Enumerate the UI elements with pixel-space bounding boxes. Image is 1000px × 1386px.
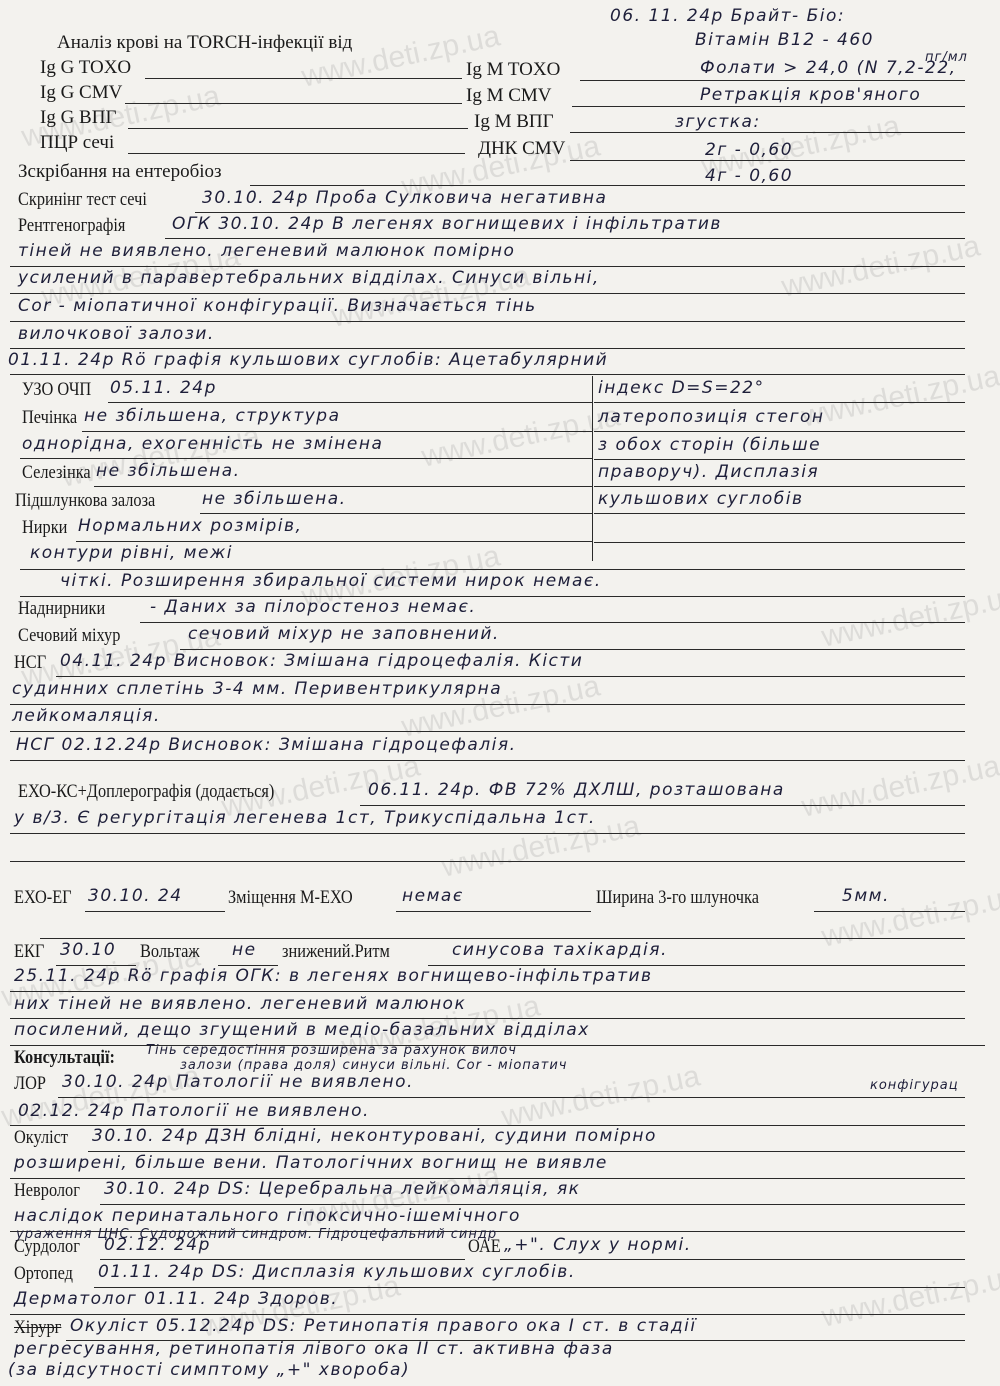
xray2-line: Тінь середостіння розширена за рахунок в…: [146, 1044, 517, 1057]
echo-cs-line: у в/3. Є регургітація легенева 1ст, Трик…: [14, 810, 596, 827]
xray-field[interactable]: [165, 238, 965, 239]
nsg-line: 04.11. 24р Висновок: Змішана гідроцефалі…: [60, 653, 583, 670]
nsg-line: судинних сплетінь 3-4 мм. Перивентрикуля…: [12, 681, 502, 698]
adrenals-value: - Даних за пілоростеноз немає.: [150, 599, 476, 616]
xray2-line: них тіней не виявлено. легеневий малюнок: [14, 996, 466, 1013]
echo-eg-date-field[interactable]: [85, 911, 225, 912]
kidneys-label: Нирки: [22, 518, 67, 537]
oae-field[interactable]: [500, 1259, 965, 1260]
lab-note: 2г - 0,60: [705, 142, 793, 159]
ultrasound-date-field[interactable]: [108, 402, 592, 403]
echo-shift-label: Зміщення М-ЕХО: [228, 888, 353, 907]
hip-detail-rule: [594, 431, 965, 432]
oculist-value: 30.10. 24р ДЗН блідні, неконтуровані, су…: [92, 1128, 657, 1145]
igg-vpg-label: Ig G ВПГ: [40, 108, 116, 127]
watermark: www.deti.zp.ua: [819, 579, 1000, 654]
liver-label: Печінка: [22, 408, 77, 427]
echo-eg-date: 30.10. 24: [88, 888, 183, 905]
xray2-line: залози (права доля) синуси вільні. Cor -…: [180, 1059, 567, 1072]
dermatologist-field[interactable]: [10, 1314, 965, 1315]
torch-title: Аналіз крові на TORCH-інфекції від: [57, 33, 352, 52]
nsg-field[interactable]: [10, 731, 965, 732]
igm-toxo-field[interactable]: [580, 80, 965, 81]
nsg-line: НСГ 02.12.24р Висновок: Змішана гідроцеф…: [16, 737, 516, 754]
kidneys-value: контури рівні, межі: [30, 545, 233, 562]
voltage-value: не: [232, 942, 257, 959]
oculist-label: Окуліст: [14, 1128, 68, 1147]
lab-note: згустка:: [675, 114, 761, 131]
nsg-field[interactable]: [56, 676, 965, 677]
echo-cs-label: ЕХО-КС+Доплерографія (додається): [18, 782, 274, 801]
pancreas-value: не збільшена.: [202, 491, 347, 508]
nsg-line: лейкомаляція.: [12, 708, 161, 725]
xray-field[interactable]: [10, 266, 965, 267]
xray-line: Cor - міопатичної конфігурації. Визначає…: [18, 298, 537, 315]
xray-field[interactable]: [10, 293, 965, 294]
rhythm-value: синусова тахікардія.: [452, 942, 668, 959]
neuro-label: Невролог: [14, 1181, 80, 1200]
igm-cmv-label: Ig M CMV: [466, 86, 552, 105]
bladder-label: Сечовий міхур: [18, 626, 120, 645]
hip-detail: праворуч). Дисплазія: [598, 464, 819, 481]
xray-line: тіней не виявлено. легеневий малюнок пом…: [18, 243, 515, 260]
lab-note: Ретракція кров'яного: [700, 87, 921, 104]
watermark: www.deti.zp.ua: [299, 19, 503, 94]
oculist2-value: Окуліст 05.12.24р DS: Ретинопатія правог…: [70, 1318, 697, 1335]
adrenals-label: Наднирники: [18, 599, 105, 618]
igg-cmv-label: Ig G CMV: [40, 83, 122, 102]
hip-detail-rule: [594, 459, 965, 460]
oculist2-value: (за відсутності симптому „+" хвороба): [8, 1362, 410, 1379]
xray2-line: посилений, дещо згущений в медіо-базальн…: [14, 1022, 590, 1039]
bladder-value: сечовий міхур не заповнений.: [188, 626, 500, 643]
neuro-value: 30.10. 24р DS: Церебральна лейкомаляція,…: [104, 1181, 580, 1198]
medical-form-page: www.deti.zp.ua www.deti.zp.ua www.deti.z…: [0, 0, 1000, 1386]
igg-vpg-field[interactable]: [128, 128, 468, 129]
echo-cs-field[interactable]: [10, 861, 965, 862]
voltage-label: Вольтаж: [140, 942, 200, 961]
igm-vpg-label: Ig M ВПГ: [474, 112, 554, 131]
oae-value: „+". Слух у нормі.: [504, 1237, 692, 1254]
spleen-field[interactable]: [94, 486, 592, 487]
lab-note: 06. 11. 24р Брайт- Біо:: [610, 8, 845, 25]
xray2-line: конфігурац: [870, 1079, 959, 1092]
hip-detail: індекс D=S=22°: [598, 380, 765, 397]
xray-line: усилений в паравертебральних відділах. С…: [18, 270, 600, 287]
audiologist-date: 02.12. 24р: [104, 1237, 211, 1254]
xray2-line: 25.11. 24р Rö графія ОГК: в легенях вогн…: [14, 968, 653, 985]
echo-cs-field[interactable]: [10, 833, 965, 834]
ventricle-field[interactable]: [814, 911, 965, 912]
igm-vpg-field[interactable]: [570, 132, 965, 133]
dna-cmv-label: ДНК CMV: [478, 139, 565, 158]
lab-note: Фолати > 24,0 (N 7,2-22,: [700, 60, 957, 77]
echo-shift-field[interactable]: [396, 911, 591, 912]
neuro-value: ураження ЦНС. Судорожний синдром. Гідроц…: [16, 1228, 497, 1241]
adrenals-field[interactable]: [140, 622, 965, 623]
ent-field[interactable]: [58, 1097, 965, 1098]
audiologist-label: Сурдолог: [14, 1237, 80, 1256]
xray-label: Рентгенографія: [18, 216, 125, 235]
liver-value: однорідна, ехогенність не змінена: [22, 436, 383, 453]
xray-line: ОГК 30.10. 24р В легенях вогнищевих і ін…: [172, 216, 722, 233]
blank-rule: [40, 938, 965, 939]
spleen-value: не збільшена.: [96, 463, 241, 480]
kidneys-value: чіткі. Розширення збиральної системи нир…: [60, 573, 602, 590]
igg-cmv-field[interactable]: [125, 103, 462, 104]
pancreas-field[interactable]: [200, 513, 592, 514]
kidneys-field[interactable]: [20, 569, 965, 570]
oae-label: ОАЕ: [468, 1237, 501, 1256]
oculist2-value: регресування, ретинопатія лівого ока II …: [14, 1341, 614, 1358]
pancreas-label: Підшлункова залоза: [15, 491, 155, 510]
igm-cmv-field[interactable]: [572, 106, 965, 107]
enterobiosis-label: Зскрібання на ентеробіоз: [18, 162, 222, 181]
column-divider: [592, 376, 593, 561]
ultrasound-date: 05.11. 24р: [110, 380, 217, 397]
kidneys-value: Нормальних розмірів,: [78, 518, 302, 535]
hip-detail: кульшових суглобів: [598, 491, 804, 508]
ventricle-value: 5мм.: [842, 888, 890, 905]
lab-note: Вітамін В12 - 460: [695, 32, 874, 49]
liver-field[interactable]: [20, 458, 592, 459]
liver-field[interactable]: [82, 431, 592, 432]
neuro-field[interactable]: [100, 1204, 965, 1205]
lab-note: 4г - 0,60: [705, 168, 793, 185]
consultations-title: Консультації:: [14, 1048, 115, 1067]
echo-cs-field[interactable]: [360, 805, 965, 806]
neuro-value: наслідок перинатального гіпоксично-ішемі…: [14, 1208, 521, 1225]
oculist-value: розширені, більше вени. Патологічних вог…: [14, 1155, 608, 1172]
kidneys-field[interactable]: [76, 541, 592, 542]
xray2-rule: [10, 1018, 965, 1019]
spleen-label: Селезінка: [22, 463, 91, 482]
ecg-date: 30.10: [60, 942, 116, 959]
hip-detail-rule: [594, 513, 965, 514]
hip-detail-rule: [594, 402, 965, 403]
igm-toxo-label: Ig M TOXO: [466, 60, 560, 79]
pcr-urine-label: ПЦР сечі: [40, 133, 114, 152]
echo-eg-label: ЕХО-ЕГ: [14, 888, 72, 907]
hip-detail: з обох сторін (більше: [598, 437, 821, 454]
hip-xray-field[interactable]: [10, 374, 965, 375]
nsg-field[interactable]: [10, 704, 965, 705]
hip-detail: латеропозиція стегон: [598, 409, 825, 426]
echo-shift-value: немає: [402, 888, 464, 905]
hip-detail-rule: [594, 542, 965, 543]
enterobiosis-field[interactable]: [250, 185, 965, 186]
igg-toxo-label: Ig G TOXO: [40, 58, 131, 77]
watermark: www.deti.zp.ua: [819, 1259, 1000, 1334]
xray-line: вилочкової залози.: [18, 326, 215, 343]
orthopedist-value: 01.11. 24р DS: Дисплазія кульшових сугло…: [98, 1264, 576, 1281]
dna-cmv-field[interactable]: [570, 160, 965, 161]
igg-toxo-field[interactable]: [145, 78, 462, 79]
pcr-urine-field[interactable]: [128, 153, 465, 154]
ent-value: 02.12. 24р Патології не виявлено.: [18, 1103, 370, 1120]
liver-value: не збільшена, структура: [84, 408, 341, 425]
ent-label: ЛОР: [14, 1074, 46, 1093]
oculist-field[interactable]: [88, 1151, 965, 1152]
screening-label: Скринінг тест сечі: [18, 190, 147, 209]
bladder-field[interactable]: [180, 649, 965, 650]
xray2-rule: [10, 991, 965, 992]
dermatologist-value: Дерматолог 01.11. 24р Здоров.: [14, 1291, 338, 1308]
surgeon-label: Хірург: [14, 1318, 61, 1337]
hip-xray-line: 01.11. 24р Rö графія кульшових суглобів:…: [8, 352, 608, 369]
watermark: www.deti.zp.ua: [799, 359, 1000, 434]
ent-value: 30.10. 24р Патології не виявлено.: [62, 1074, 414, 1091]
nsg-field[interactable]: [10, 760, 965, 761]
ultrasound-label: УЗО ОЧП: [22, 380, 91, 399]
orthopedist-label: Ортопед: [14, 1264, 73, 1283]
ventricle-label: Ширина 3-го шлуночка: [596, 888, 759, 907]
orthopedist-field[interactable]: [94, 1287, 965, 1288]
echo-cs-line: 06.11. 24р. ФВ 72% ДХЛШ, розташована: [368, 782, 785, 799]
audiologist-field[interactable]: [100, 1259, 465, 1260]
rhythm-label: знижений.Ритм: [282, 942, 390, 961]
xray-field[interactable]: [10, 321, 965, 322]
screening-value: 30.10. 24р Проба Сулковича негативна: [202, 190, 607, 207]
hip-detail-rule: [594, 486, 965, 487]
ecg-label: ЕКГ: [14, 942, 44, 961]
xray-field[interactable]: [10, 348, 965, 349]
nsg-label: НСГ: [14, 653, 46, 672]
screening-field[interactable]: [195, 212, 965, 213]
